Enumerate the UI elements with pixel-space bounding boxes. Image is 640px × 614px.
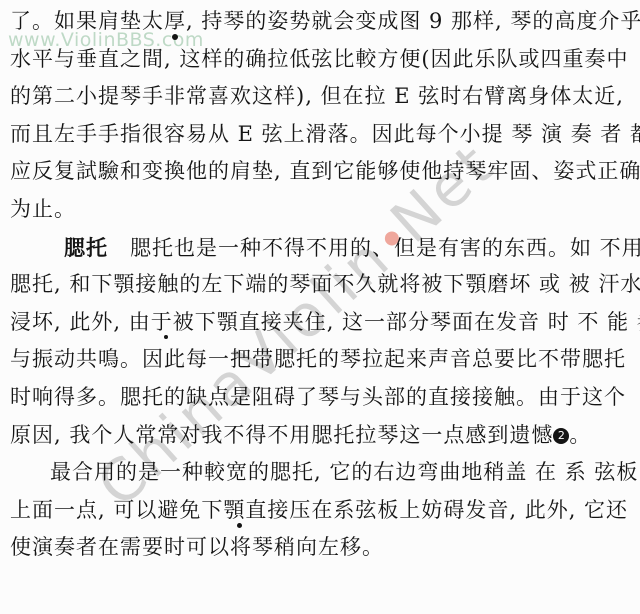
scanned-page: www.ViolinBBS.com ChinaViolinNet 了。如果肩垫太… <box>0 0 640 614</box>
document-text: 了。如果肩垫太厚, 持琴的姿势就会变成图 9 那样, 琴的高度介乎水平与垂直之間… <box>10 3 634 567</box>
text-line: 原因, 我个人常常对我不得不用腮托拉琴这一点感到遗憾2。 <box>10 417 634 455</box>
text-segment: 水平与垂直之間, 这样的确拉低弦比較方便(因此乐队或四重奏中 <box>10 47 629 71</box>
text-line: 的第二小提琴手非常喜欢这样), 但在拉 E 弦时右臂离身体太近, <box>10 78 634 116</box>
text-segment: 时响得多。腮托的缺点是阻碍了琴与头部的直接接触。由于这个 <box>10 385 626 409</box>
paragraph-label: 腮托 <box>64 235 108 260</box>
text-segment: 腮托, 和下顎接触的左下端的琴面不久就将被下顎磨坏 或 被 汗水 <box>10 272 640 296</box>
text-segment <box>108 236 130 260</box>
text-segment: 使演奏者在需要时可以将琴稍向左移。 <box>10 535 384 559</box>
text-segment: 的第二小提琴手非常喜欢这样), 但在拉 E 弦时右臂离身体太近, <box>10 84 624 108</box>
text-line: 应反复試驗和变換他的肩垫, 直到它能够使他持琴牢固、姿式正确 <box>10 153 634 191</box>
text-line: 与振动共鳴。因此每一把带腮托的琴拉起来声音总要比不带腮托 <box>10 341 634 379</box>
text-segment: 与振动共鳴。因此每一把带腮托的琴拉起来声音总要比不带腮托 <box>10 347 626 371</box>
text-segment: 原因, 我个人常常对我不得不用腮托拉琴这一点感到遗憾 <box>10 423 553 447</box>
text-segment: 最合用的是一种較宽的腮托, 它的右边弯曲地稍盖 在 系 弦板 <box>50 460 638 484</box>
text-line: 了。如果肩垫太厚, 持琴的姿势就会变成图 9 那样, 琴的高度介乎 <box>10 3 634 41</box>
text-line: 使演奏者在需要时可以将琴稍向左移。 <box>10 529 634 567</box>
footnote-marker: 2 <box>553 428 569 444</box>
ink-speck <box>237 523 242 528</box>
text-segment: 为止。 <box>10 197 76 221</box>
text-line: 而且左手手指很容易从 E 弦上滑落。因此每个小提 琴 演 奏 者 都 <box>10 116 634 154</box>
ink-speck <box>164 335 168 339</box>
ink-speck <box>172 34 178 40</box>
text-line: 上面一点, 可以避免下顎直接压在系弦板上妨碍发音, 此外, 它还 <box>10 492 634 530</box>
text-line: 最合用的是一种較宽的腮托, 它的右边弯曲地稍盖 在 系 弦板 <box>10 454 634 492</box>
text-line: 腮托, 和下顎接触的左下端的琴面不久就将被下顎磨坏 或 被 汗水 <box>10 266 634 304</box>
text-segment: 应反复試驗和变換他的肩垫, 直到它能够使他持琴牢固、姿式正确 <box>10 159 640 183</box>
text-segment: 而且左手手指很容易从 E 弦上滑落。因此每个小提 琴 演 奏 者 都 <box>10 122 640 146</box>
text-segment: 也是一种不得不用的、但是有害的东西。如 不用 <box>174 236 640 260</box>
text-line: 时响得多。腮托的缺点是阻碍了琴与头部的直接接触。由于这个 <box>10 379 634 417</box>
emphasized-text: 腮托 <box>130 236 174 260</box>
text-segment: 了。如果肩垫太厚, 持琴的姿势就会变成图 9 那样, 琴的高度介乎 <box>10 9 640 33</box>
text-line: 腮托 腮托也是一种不得不用的、但是有害的东西。如 不用 <box>10 229 634 267</box>
text-segment: 上面一点, 可以避免下顎直接压在系弦板上妨碍发音, 此外, 它还 <box>10 498 628 522</box>
text-line: 水平与垂直之間, 这样的确拉低弦比較方便(因此乐队或四重奏中 <box>10 41 634 79</box>
text-segment: 。 <box>569 423 591 447</box>
text-line: 为止。 <box>10 191 634 229</box>
text-segment: 浸坏, 此外, 由于被下顎直接夹住, 这一部分琴面在发音 时 不 能 参 <box>10 310 640 334</box>
text-line: 浸坏, 此外, 由于被下顎直接夹住, 这一部分琴面在发音 时 不 能 参 <box>10 304 634 342</box>
